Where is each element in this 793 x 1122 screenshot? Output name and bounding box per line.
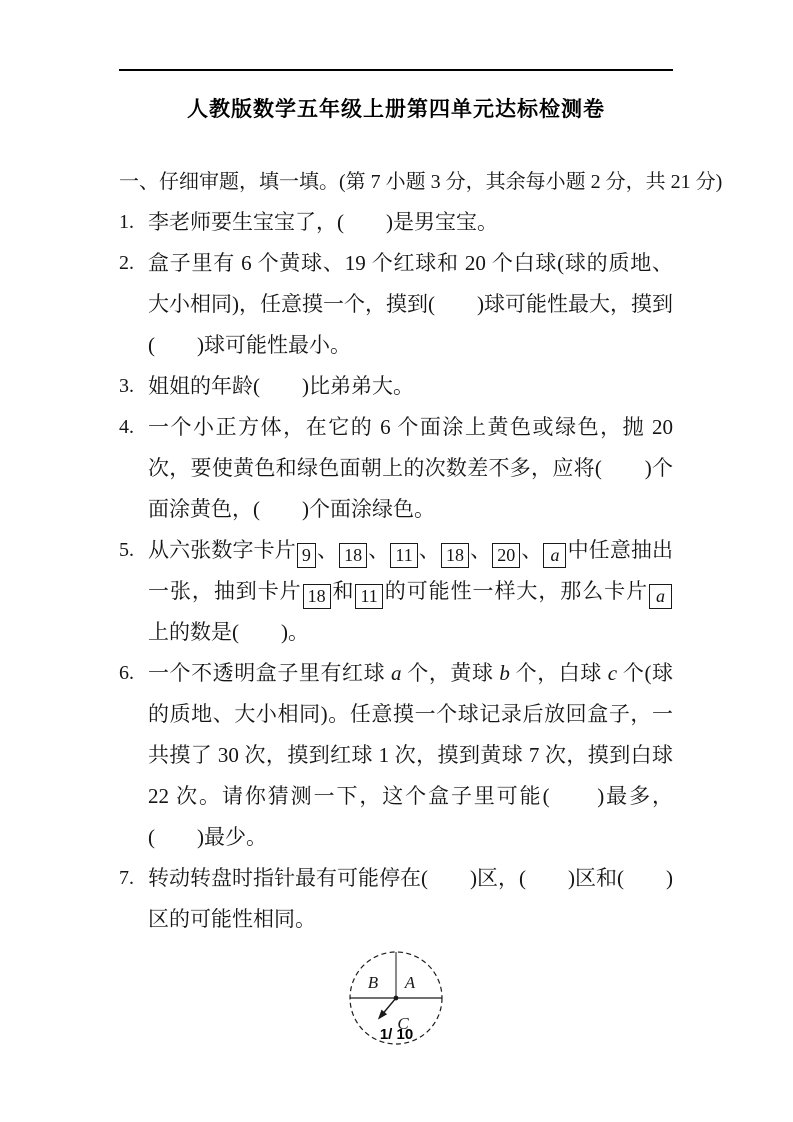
number-card: a	[543, 543, 566, 568]
question-text: 个，白球	[510, 661, 608, 685]
questions-list: 1.李老师要生宝宝了，( )是男宝宝。2.盒子里有 6 个黄球、19 个红球和 …	[119, 202, 673, 940]
question-item: 7.转动转盘时指针最有可能停在( )区，( )区和( )区的可能性相同。	[119, 858, 673, 940]
section-heading: 一、仔细审题，填一填。(第 7 小题 3 分，其余每小题 2 分，共 21 分)	[119, 166, 673, 198]
question-number: 7.	[119, 858, 134, 899]
question-number: 1.	[119, 202, 134, 243]
question-text: 的可能性一样大，那么卡片	[384, 579, 648, 603]
question-text: 李老师要生宝宝了，( )是男宝宝。	[148, 210, 498, 234]
spinner-label-b: B	[368, 973, 379, 992]
question-text: 、	[368, 538, 389, 562]
question-text: 、	[470, 538, 491, 562]
number-card: 9	[297, 543, 316, 568]
question-text: 、	[521, 538, 542, 562]
number-card: 18	[303, 584, 331, 609]
question-number: 2.	[119, 243, 134, 284]
spinner-pointer-shaft	[383, 998, 396, 1014]
question-item: 4.一个小正方体，在它的 6 个面涂上黄色或绿色，抛 20 次，要使黄色和绿色面…	[119, 407, 673, 530]
spinner-label-a: A	[404, 973, 416, 992]
question-text: 个(球的质地、大小相同)。任意摸一个球记录后放回盒子，一共摸了 30 次，摸到红…	[148, 661, 673, 849]
question-number: 4.	[119, 407, 134, 448]
number-card: 11	[390, 543, 417, 568]
number-card: 18	[339, 543, 367, 568]
number-card: 18	[441, 543, 469, 568]
question-text: 个，黄球	[402, 661, 500, 685]
number-card: 11	[355, 584, 382, 609]
number-card: a	[649, 584, 672, 609]
page-number: 1/ 10	[0, 1026, 793, 1043]
question-text: 、	[317, 538, 338, 562]
question-text: 盒子里有 6 个黄球、19 个红球和 20 个白球(球的质地、大小相同)，任意摸…	[148, 251, 673, 357]
question-item: 1.李老师要生宝宝了，( )是男宝宝。	[119, 202, 673, 243]
question-item: 5.从六张数字卡片9、18、11、18、20、a中任意抽出一张，抽到卡片18和1…	[119, 530, 673, 653]
question-text: 转动转盘时指针最有可能停在( )区，( )区和( )区的可能性相同。	[148, 866, 673, 931]
document-page: 人教版数学五年级上册第四单元达标检测卷 一、仔细审题，填一填。(第 7 小题 3…	[0, 0, 793, 1122]
header-rule	[119, 69, 673, 71]
variable: a	[391, 661, 402, 685]
question-text: 上的数是( )。	[148, 620, 309, 644]
question-text: 从六张数字卡片	[148, 538, 296, 562]
question-item: 6.一个不透明盒子里有红球 a 个，黄球 b 个，白球 c 个(球的质地、大小相…	[119, 653, 673, 858]
question-text: 一个不透明盒子里有红球	[148, 661, 391, 685]
variable: c	[608, 661, 617, 685]
question-text: 、	[419, 538, 440, 562]
question-number: 3.	[119, 366, 134, 407]
question-text: 一个小正方体，在它的 6 个面涂上黄色或绿色，抛 20 次，要使黄色和绿色面朝上…	[148, 415, 673, 521]
question-number: 6.	[119, 653, 134, 694]
question-number: 5.	[119, 530, 134, 571]
page-title: 人教版数学五年级上册第四单元达标检测卷	[119, 92, 673, 126]
question-text: 姐姐的年龄( )比弟弟大。	[148, 374, 414, 398]
page-content: 人教版数学五年级上册第四单元达标检测卷 一、仔细审题，填一填。(第 7 小题 3…	[119, 92, 673, 1059]
question-item: 3.姐姐的年龄( )比弟弟大。	[119, 366, 673, 407]
question-text: 和	[332, 579, 355, 603]
variable: b	[499, 661, 510, 685]
spinner-center-dot	[394, 996, 399, 1001]
number-card: 20	[492, 543, 520, 568]
question-item: 2.盒子里有 6 个黄球、19 个红球和 20 个白球(球的质地、大小相同)，任…	[119, 243, 673, 366]
